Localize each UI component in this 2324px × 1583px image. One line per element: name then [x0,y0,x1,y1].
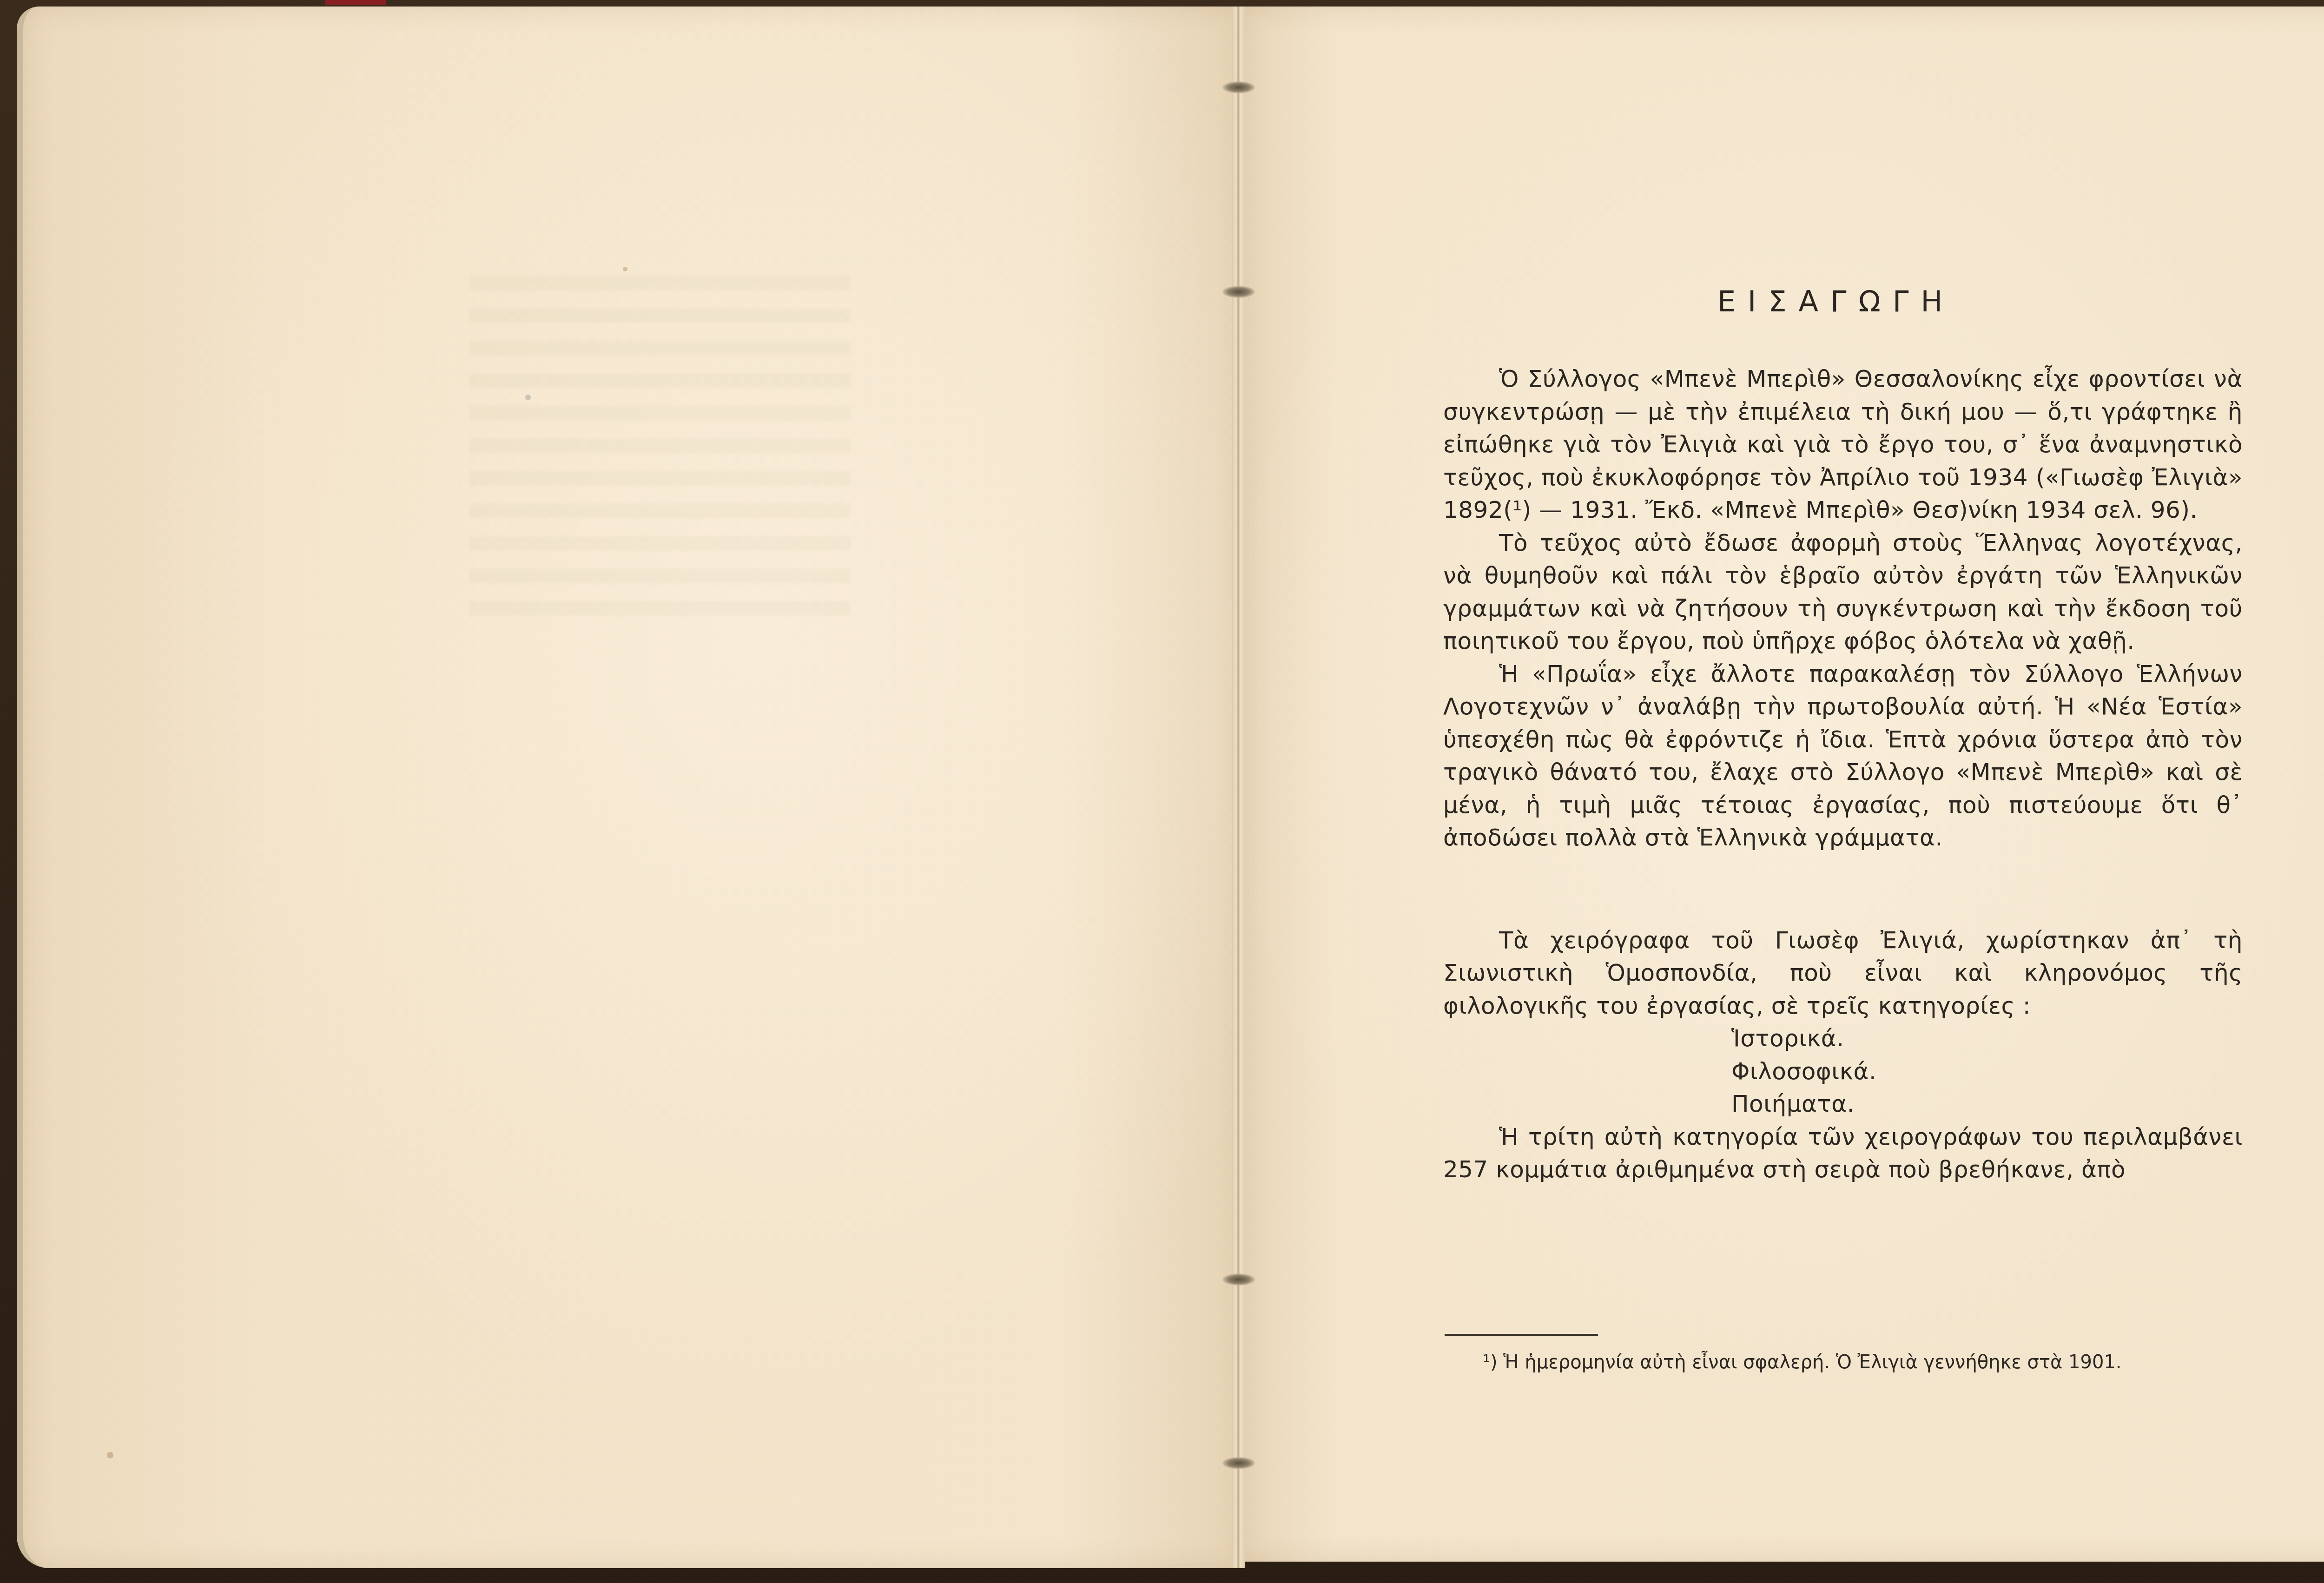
page-title: ΕΙΣΑΓΩΓΗ [1655,284,2017,318]
footnote-divider [1445,1334,1598,1336]
category-item: Ποιήματα. [1731,1088,2243,1121]
binding-stitch [1222,286,1255,298]
paragraph: Τὸ τεῦχος αὐτὸ ἔδωσε ἀφορμὴ στοὺς Ἕλληνα… [1443,527,2243,658]
paragraph: Ἡ «Πρωΐα» εἶχε ἄλλοτε παρακαλέσῃ τὸν Σύλ… [1443,658,2243,854]
paper-speck [107,1452,113,1458]
category-item: Φιλοσοφικά. [1731,1055,2243,1088]
binding-stitch [1222,1457,1255,1469]
footnote: ¹) Ἡ ἡμερομηνία αὐτὴ εἶναι σφαλερή. Ὁ Ἐλ… [1483,1352,2245,1373]
binding-stitch [1222,1273,1255,1286]
book-spine [1232,7,1245,1568]
binding-stitch [1222,81,1255,93]
paragraph: Ὁ Σύλλογος «Μπενὲ Μπερὶθ» Θεσσαλονίκης ε… [1443,363,2243,527]
paper-speck [623,267,627,271]
category-item: Ἱστορικά. [1731,1022,2243,1055]
bleed-through-text [469,276,851,620]
body-text: Ὁ Σύλλογος «Μπενὲ Μπερὶθ» Θεσσαλονίκης ε… [1443,363,2243,1186]
paragraph: Τὰ χειρόγραφα τοῦ Γιωσὲφ Ἐλιγιά, χωρίστη… [1443,924,2243,1022]
book-scan: ΕΙΣΑΓΩΓΗ Ὁ Σύλλογος «Μπενὲ Μπερὶθ» Θεσσα… [0,0,2324,1583]
cover-edge [325,0,386,5]
category-list: Ἱστορικά. Φιλοσοφικά. Ποιήματα. [1443,1022,2243,1121]
section-gap [1443,854,2243,924]
paper-speck [525,395,531,400]
paragraph: Ἡ τρίτη αὐτὴ κατηγορία τῶν χειρογράφων τ… [1443,1121,2243,1186]
left-page [17,7,1245,1568]
